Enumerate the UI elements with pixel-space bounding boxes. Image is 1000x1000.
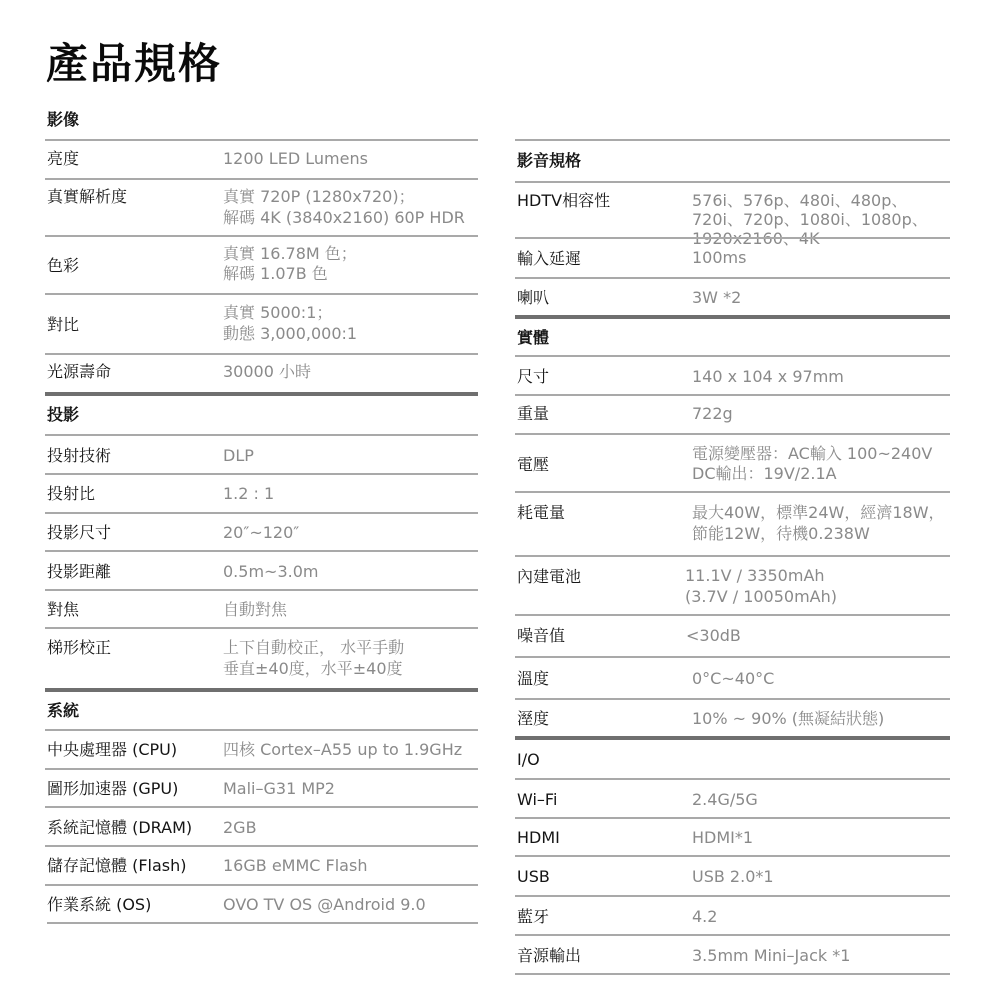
page-title: 產品規格 [46, 36, 222, 92]
divider [45, 434, 478, 436]
spec-label: 投影距離 [47, 562, 111, 582]
divider [45, 589, 478, 591]
divider [515, 778, 950, 780]
spec-label: 中央處理器 (CPU) [47, 740, 177, 760]
spec-value: 自動對焦 [223, 600, 287, 620]
spec-value: 2GB [223, 818, 257, 838]
divider [515, 656, 950, 658]
spec-label: USB [517, 867, 550, 887]
divider [45, 139, 478, 141]
divider [515, 394, 950, 396]
spec-value: 100ms [692, 248, 746, 268]
spec-label: 儲存記憶體 (Flash) [47, 856, 187, 876]
divider [515, 139, 950, 141]
spec-label: 對比 [47, 315, 79, 335]
divider [515, 698, 950, 700]
spec-value: 140 x 104 x 97mm [692, 367, 844, 387]
spec-label: 溼度 [517, 709, 549, 729]
spec-label: 圖形加速器 (GPU) [47, 779, 178, 799]
spec-value: 真實 16.78M 色； [223, 244, 357, 264]
divider [45, 768, 478, 770]
spec-value: 真實 5000:1； [223, 303, 332, 323]
spec-value: 0°C~40°C [692, 669, 774, 689]
spec-label: Wi–Fi [517, 790, 557, 810]
spec-value: 真實 720P (1280x720)； [223, 187, 415, 207]
spec-value: 電源變壓器：AC輸入 100~240V [692, 444, 932, 464]
spec-label: 投影尺寸 [47, 523, 111, 543]
divider [515, 614, 950, 616]
spec-label: 對焦 [47, 600, 79, 620]
spec-value: 四核 Cortex–A55 up to 1.9GHz [223, 740, 462, 760]
spec-label: 耗電量 [517, 503, 565, 523]
divider [515, 555, 950, 557]
spec-value: 最大40W，標準24W，經濟18W， [692, 503, 945, 523]
spec-value: 節能12W，待機0.238W [692, 524, 870, 544]
spec-value: DLP [223, 446, 254, 466]
spec-value: 1920x2160、4K [692, 229, 820, 249]
spec-label: 作業系統 (OS) [47, 895, 151, 915]
spec-value: 2.4G/5G [692, 790, 758, 810]
spec-value: 1.2 : 1 [223, 484, 274, 504]
spec-label: 電壓 [517, 455, 549, 475]
spec-value: USB 2.0*1 [692, 867, 774, 887]
spec-value: 16GB eMMC Flash [223, 856, 367, 876]
divider [45, 473, 478, 475]
spec-label: 真實解析度 [47, 187, 127, 207]
spec-label: 尺寸 [517, 367, 549, 387]
spec-label: 光源壽命 [47, 362, 111, 382]
section-heading-physical: 實體 [517, 328, 549, 348]
spec-label: HDTV相容性 [517, 191, 610, 211]
spec-value: HDMI*1 [692, 828, 753, 848]
spec-label: 溫度 [517, 669, 549, 689]
spec-value: 上下自動校正， 水平手動 [223, 638, 404, 658]
spec-value: 3.5mm Mini–Jack *1 [692, 946, 850, 966]
spec-label: 系統記憶體 (DRAM) [47, 818, 192, 838]
spec-label: 藍牙 [517, 907, 549, 927]
spec-label: 噪音值 [517, 626, 565, 646]
divider [45, 884, 478, 886]
spec-value: 11.1V / 3350mAh [685, 566, 825, 586]
divider [45, 729, 478, 731]
spec-label: 色彩 [47, 256, 79, 276]
spec-value: 垂直±40度，水平±40度 [223, 659, 403, 679]
divider [515, 355, 950, 357]
divider [45, 845, 478, 847]
spec-value: 1200 LED Lumens [223, 149, 368, 169]
spec-value: 4.2 [692, 907, 717, 927]
divider [47, 922, 478, 924]
divider [515, 855, 950, 857]
spec-label: 輸入延遲 [517, 249, 581, 269]
spec-label: HDMI [517, 828, 560, 848]
spec-value: 30000 小時 [223, 362, 311, 382]
spec-label: 亮度 [47, 149, 79, 169]
section-divider [45, 392, 478, 396]
spec-label: 投射技術 [47, 446, 111, 466]
section-heading-image: 影像 [47, 110, 79, 130]
divider [515, 895, 950, 897]
divider [515, 181, 950, 183]
spec-label: 音源輸出 [517, 946, 581, 966]
spec-label: 喇叭 [517, 288, 549, 308]
spec-value: DC輸出：19V/2.1A [692, 464, 837, 484]
spec-value: 0.5m~3.0m [223, 562, 318, 582]
spec-value: 解碼 1.07B 色 [223, 264, 328, 284]
divider [515, 973, 950, 975]
divider [515, 433, 950, 435]
divider [45, 235, 478, 237]
section-divider [45, 688, 478, 692]
divider [45, 512, 478, 514]
divider [515, 817, 950, 819]
divider [45, 293, 478, 295]
section-heading-io: I/O [517, 750, 540, 770]
section-divider [515, 315, 950, 319]
spec-value: 動態 3,000,000:1 [223, 324, 357, 344]
spec-label: 梯形校正 [47, 638, 111, 658]
spec-value: <30dB [686, 626, 741, 646]
spec-value: 解碼 4K (3840x2160) 60P HDR [223, 208, 465, 228]
divider [515, 934, 950, 936]
spec-label: 內建電池 [517, 567, 581, 587]
spec-value: Mali–G31 MP2 [223, 779, 335, 799]
spec-value: 3W *2 [692, 288, 741, 308]
divider [45, 353, 478, 355]
divider [515, 237, 950, 239]
section-heading-projection: 投影 [47, 405, 79, 425]
section-heading-av-spec: 影音規格 [517, 151, 581, 171]
spec-value: (3.7V / 10050mAh) [685, 587, 837, 607]
divider [45, 806, 478, 808]
spec-value: OVO TV OS @Android 9.0 [223, 895, 426, 915]
divider [515, 491, 950, 493]
spec-value: 722g [692, 404, 733, 424]
divider [45, 627, 478, 629]
spec-value: 10% ~ 90% (無凝結狀態) [692, 709, 884, 729]
spec-value: 720i、720p、1080i、1080p、 [692, 210, 928, 230]
spec-label: 投射比 [47, 484, 95, 504]
section-divider [515, 736, 950, 740]
section-heading-system: 系統 [47, 701, 79, 721]
divider [515, 277, 950, 279]
spec-value: 576i、576p、480i、480p、 [692, 191, 907, 211]
spec-value: 20″~120″ [223, 523, 299, 543]
divider [45, 178, 478, 180]
divider [45, 550, 478, 552]
spec-label: 重量 [517, 404, 549, 424]
